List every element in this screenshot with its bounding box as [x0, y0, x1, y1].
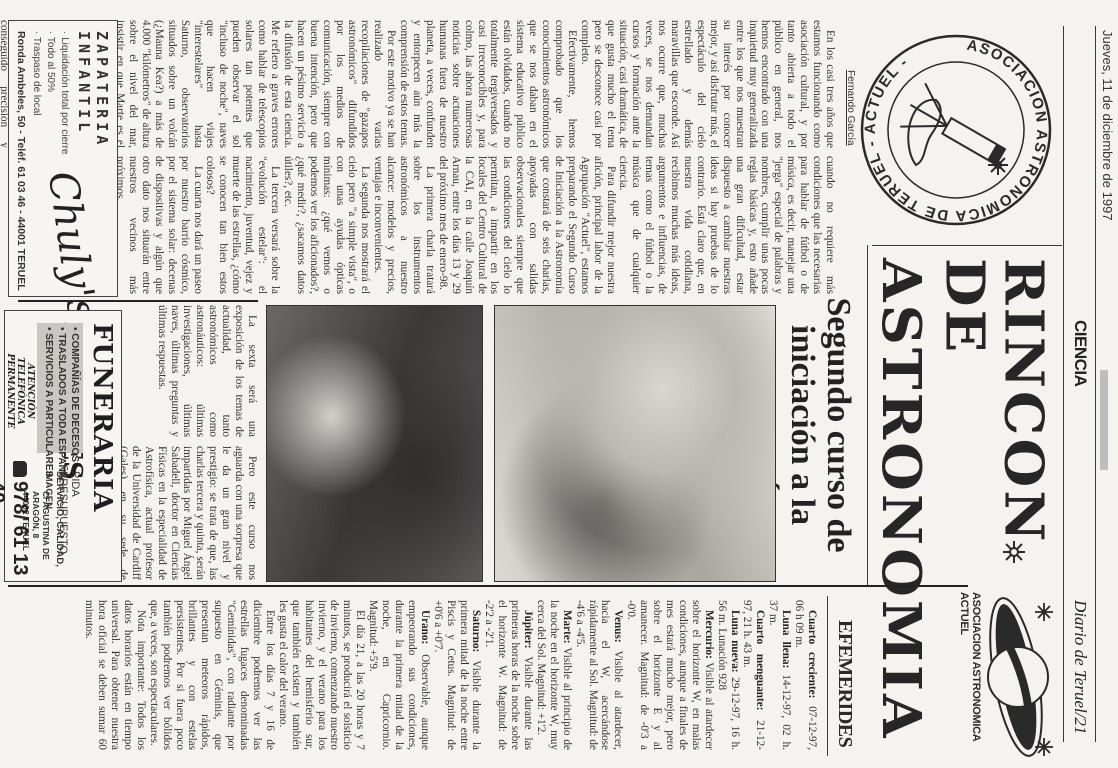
ad-zapateria-title-2: INFANTIL	[75, 31, 93, 135]
ad-item: • SERVICIOS A PARTICULARES	[42, 327, 55, 479]
paragraph: La primera charla tratará sobre los inst…	[371, 156, 436, 294]
paragraph: cuando no requiere más condiciones que l…	[617, 156, 836, 294]
ad-item: · Traspaso de local	[29, 31, 43, 154]
ads-divider	[18, 300, 258, 302]
star-icon	[997, 540, 1026, 564]
telephone-icon	[13, 461, 27, 477]
logo-divider	[872, 245, 1062, 246]
ad-funeraria-phone: 978/ 61 13 40	[0, 481, 31, 581]
geminids-note: Entre los días 7 y 16 de diciembre podre…	[147, 600, 276, 750]
ad-item: · Liquidación total por cierre	[57, 31, 71, 154]
newspaper-page: Jueves, 11 de diciembre de 1997 CIENCIA …	[0, 0, 1118, 768]
issue-date: Jueves, 11 de diciembre de 1997	[1100, 30, 1115, 221]
paragraph: Efectivamente, hemos comprobado que los …	[397, 20, 578, 148]
time-note: Nota importante: Todos los datos horario…	[82, 600, 147, 750]
masthead-line-2: ASTRONOMIA	[872, 258, 931, 588]
section-shade-bar	[1100, 370, 1108, 470]
article-column-3: La sexta será una exposición de los tema…	[138, 305, 258, 437]
title-bottom-rule	[867, 245, 868, 585]
saturn-planet-icon	[984, 592, 1056, 762]
efemeride-item: Luna nueva: 29-12-97, 16 h. 56 m. Lunaci…	[715, 600, 741, 750]
photo-lecture-audience	[266, 305, 483, 582]
ad-funeraria: FUNERARIA AMANTES • COMPAÑÍAS DE DECESOS…	[4, 310, 122, 582]
paper-name-page: Diario de Teruel/21	[1070, 600, 1090, 734]
solstice-note: El día 21, a las 20 horas y 7 minutos, s…	[276, 600, 366, 750]
efemerides-rule	[827, 596, 828, 756]
efemeride-item: Júpiter: Visible durante las primeras ho…	[482, 600, 534, 750]
efemeride-item: Cuarto menguante: 21-12-97, 21 h. 43 m.	[741, 600, 767, 750]
headline-line-1: Segundo curso de	[820, 270, 856, 580]
paragraph: La cuarta nos dará un paseo por nuestro …	[113, 156, 203, 294]
paragraph: Para difundir mejor nuestra afición, pri…	[436, 156, 617, 294]
article-column-4: Pero este curso nos aguarda con una sorp…	[138, 446, 258, 580]
efemeride-item: Luna llena: 14-12-97, 02 h. 37 m.	[766, 600, 792, 750]
ad-zapateria: ZAPATERIA INFANTIL · Liquidación total p…	[8, 20, 118, 297]
telescope-hand-logo-icon: ASOCIACION ASTRONOMICA DE TERUEL - ACTUE…	[856, 30, 1056, 230]
saturn-logo	[984, 592, 1056, 762]
photo-telescope-outdoor	[494, 305, 776, 582]
efemeride-item: Venus: Visible al atardecer, hacia el W,…	[573, 600, 625, 750]
efemeride-item: Mercurio: Visible al atardecer sobre el …	[624, 600, 714, 750]
paragraph: En los casi tres años que estamos funcio…	[578, 20, 836, 148]
paragraph: La segunda nos mostrará el cielo pero "a…	[281, 156, 371, 294]
efemerides-column: Cuarto creciente: 07-12-97, 06 h 09 m. L…	[18, 600, 818, 750]
section-masthead: RINCON DE ASTRONOMIA	[870, 258, 1056, 588]
ad-item: • TRASLADOS A TODA ESPAÑA	[55, 327, 68, 479]
section-title: CIENCIA	[1070, 320, 1090, 386]
ad-zapateria-list: · Liquidación total por cierre · Todo al…	[29, 31, 71, 154]
article-byline: Fernando García	[845, 70, 856, 146]
ad-zapateria-title-1: ZAPATERIA	[93, 31, 111, 148]
efemeride-item: Urano: Observable, aunque empeorando sus…	[366, 600, 431, 750]
association-logo: ASOCIACION ASTRONOMICA DE TERUEL - ACTUE…	[856, 30, 1056, 230]
efemeride-item: Marte: Visible al principio de la noche …	[534, 600, 573, 750]
ad-zapateria-address: Ronda Ambeles, 50 - Teléf. 61 03 46 - 44…	[15, 31, 27, 291]
ad-item: • COMPAÑÍAS DE DECESOS	[68, 327, 81, 479]
ad-item: · Todo al 50%	[43, 31, 57, 154]
efemerides-divider	[8, 585, 968, 587]
ad-funeraria-list: • COMPAÑÍAS DE DECESOS • TRASLADOS A TOD…	[42, 327, 81, 479]
masthead-line-1: RINCON DE	[935, 258, 1053, 588]
efemeride-item: Cuarto creciente: 07-12-97, 06 h 09 m.	[792, 600, 818, 750]
header-top-rule	[1095, 26, 1096, 742]
paragraph: La tercera versará sobre la "evolución e…	[204, 156, 281, 294]
header-bottom-rule	[1063, 26, 1064, 742]
association-name: ASOCIACION ASTRONOMICA ACTUEL	[958, 592, 982, 768]
ad-funeraria-attention: ATENCIÓN TELEFÓNICA PERMANENTE	[5, 331, 35, 451]
article-column-2: cuando no requiere más condiciones que l…	[236, 156, 836, 294]
article-column-1: En los casi tres años que estamos funcio…	[116, 20, 836, 148]
efemerides-title: EFEMERIDES	[833, 620, 856, 747]
paragraph: La sexta será una exposición de los tema…	[155, 305, 258, 437]
efemeride-item: Saturno: Visible durante la primera mita…	[431, 600, 483, 750]
